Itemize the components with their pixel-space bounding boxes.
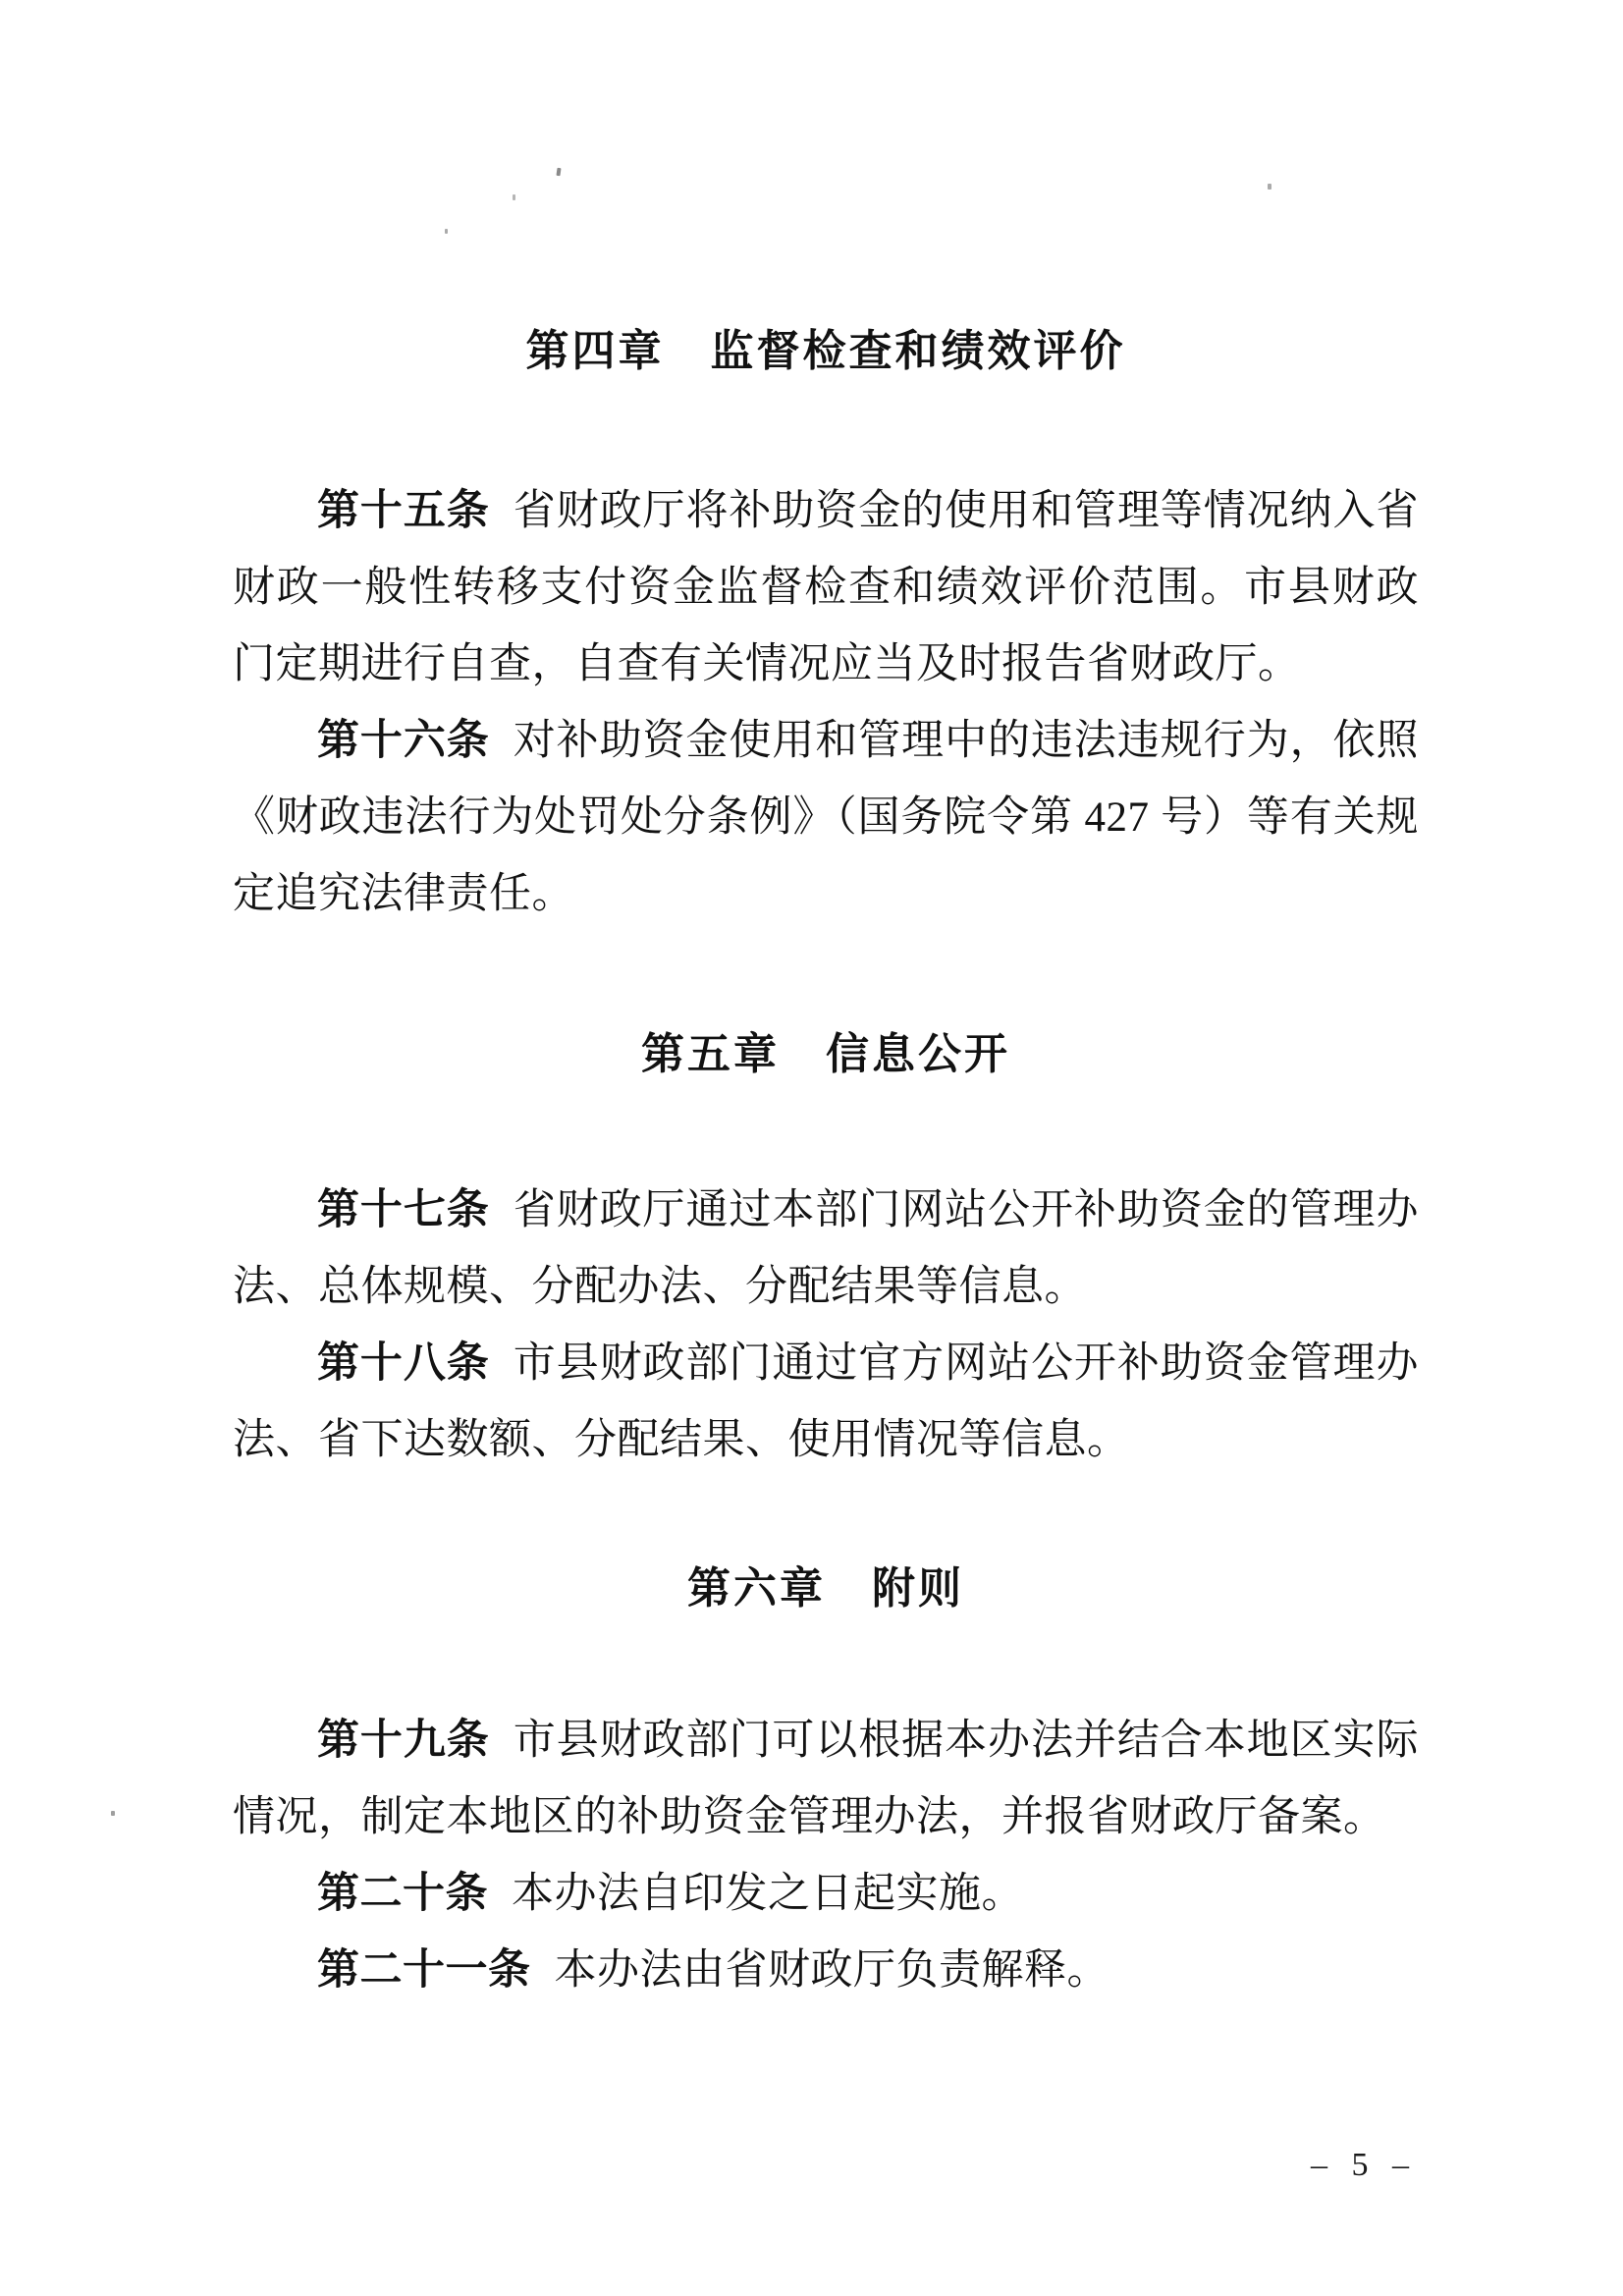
article-number: 第十五条 [317, 488, 490, 534]
document-content: 第四章 监督检查和绩效评价 第十五条省财政厅将补助资金的使用和管理等情况纳入省 … [233, 0, 1419, 2296]
article-text: 省财政厅通过本部门网站公开补助资金的管理办 [514, 1187, 1419, 1233]
article-21: 第二十一条本办法由省财政厅负责解释。 [233, 1933, 1419, 2009]
text-line: 第十八条市县财政部门通过官方网站公开补助资金管理办 [233, 1326, 1419, 1402]
article-number: 第十八条 [317, 1340, 490, 1387]
text-line: 《财政违法行为处罚处分条例》（国务院令第 427 号）等有关规 [233, 780, 1419, 856]
scan-speck [445, 229, 448, 234]
text-line: 门定期进行自查，自查有关情况应当及时报告省财政厅。 [233, 627, 1419, 703]
chapter-heading-5: 第五章 信息公开 [233, 1027, 1419, 1082]
scan-speck [513, 194, 515, 200]
scan-speck [1268, 184, 1271, 190]
text-line: 第十六条对补助资金使用和管理中的违法违规行为，依照 [233, 703, 1419, 780]
article-17: 第十七条省财政厅通过本部门网站公开补助资金的管理办 法、总体规模、分配办法、分配… [233, 1173, 1419, 1326]
article-text: 对补助资金使用和管理中的违法违规行为，依照 [514, 718, 1419, 764]
article-text: 市县财政部门可以根据本办法并结合本地区实际 [514, 1718, 1419, 1764]
article-text: 市县财政部门通过官方网站公开补助资金管理办 [514, 1340, 1419, 1387]
chapter-heading-6: 第六章 附则 [233, 1561, 1419, 1616]
article-text: 省财政厅将补助资金的使用和管理等情况纳入省 [514, 488, 1419, 534]
text-line: 第二十一条本办法由省财政厅负责解释。 [233, 1933, 1419, 2009]
article-number: 第二十一条 [317, 1947, 531, 1994]
article-number: 第二十条 [317, 1871, 488, 1917]
text-line: 法、省下达数额、分配结果、使用情况等信息。 [233, 1402, 1419, 1479]
article-15: 第十五条省财政厅将补助资金的使用和管理等情况纳入省 财政一般性转移支付资金监督检… [233, 473, 1419, 703]
document-page: 第四章 监督检查和绩效评价 第十五条省财政厅将补助资金的使用和管理等情况纳入省 … [0, 0, 1623, 2296]
text-line: 定追究法律责任。 [233, 856, 1419, 933]
page-number: – 5 – [1311, 2147, 1417, 2184]
article-20: 第二十条本办法自印发之日起实施。 [233, 1856, 1419, 1933]
article-16: 第十六条对补助资金使用和管理中的违法违规行为，依照 《财政违法行为处罚处分条例》… [233, 703, 1419, 933]
article-number: 第十九条 [317, 1718, 490, 1764]
article-text: 本办法由省财政厅负责解释。 [555, 1947, 1110, 1994]
article-number: 第十六条 [317, 718, 490, 764]
text-line: 第十五条省财政厅将补助资金的使用和管理等情况纳入省 [233, 473, 1419, 550]
text-line: 第二十条本办法自印发之日起实施。 [233, 1856, 1419, 1933]
text-line: 情况，制定本地区的补助资金管理办法，并报省财政厅备案。 [233, 1779, 1419, 1856]
article-text: 本办法自印发之日起实施。 [512, 1871, 1024, 1917]
article-18: 第十八条市县财政部门通过官方网站公开补助资金管理办 法、省下达数额、分配结果、使… [233, 1326, 1419, 1479]
text-line: 第十九条市县财政部门可以根据本办法并结合本地区实际 [233, 1703, 1419, 1779]
text-line: 法、总体规模、分配办法、分配结果等信息。 [233, 1249, 1419, 1326]
text-line: 财政一般性转移支付资金监督检查和绩效评价范围。市县财政部 [233, 550, 1419, 627]
article-19: 第十九条市县财政部门可以根据本办法并结合本地区实际 情况，制定本地区的补助资金管… [233, 1703, 1419, 1856]
article-number: 第十七条 [317, 1187, 490, 1233]
text-line: 第十七条省财政厅通过本部门网站公开补助资金的管理办 [233, 1173, 1419, 1249]
scan-speck [111, 1811, 115, 1816]
chapter-heading-4: 第四章 监督检查和绩效评价 [233, 324, 1419, 379]
